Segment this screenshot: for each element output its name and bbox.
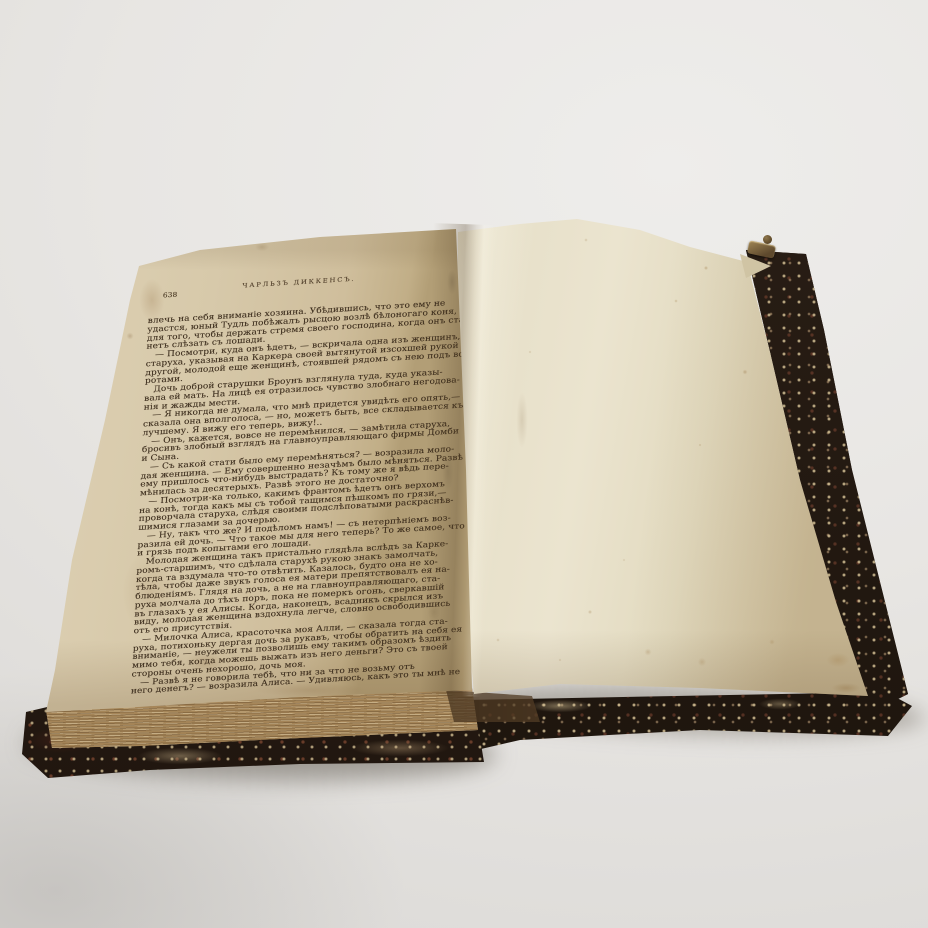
open-antique-book-photo: 638 ЧАРЛЬЗЪ ДИККЕНСЪ. влечь на себя вним… — [0, 0, 928, 928]
page-number: 638 — [163, 290, 178, 299]
left-page-text-block: 638 ЧАРЛЬЗЪ ДИККЕНСЪ. влечь на себя вним… — [130, 250, 484, 714]
running-title: ЧАРЛЬЗЪ ДИККЕНСЪ. — [149, 269, 449, 295]
clasp-nub — [763, 235, 772, 244]
page-header: 638 ЧАРЛЬЗЪ ДИККЕНСЪ. — [149, 267, 483, 300]
page-text: влечь на себя вниманіе хозяина. Убѣдивши… — [131, 298, 482, 697]
